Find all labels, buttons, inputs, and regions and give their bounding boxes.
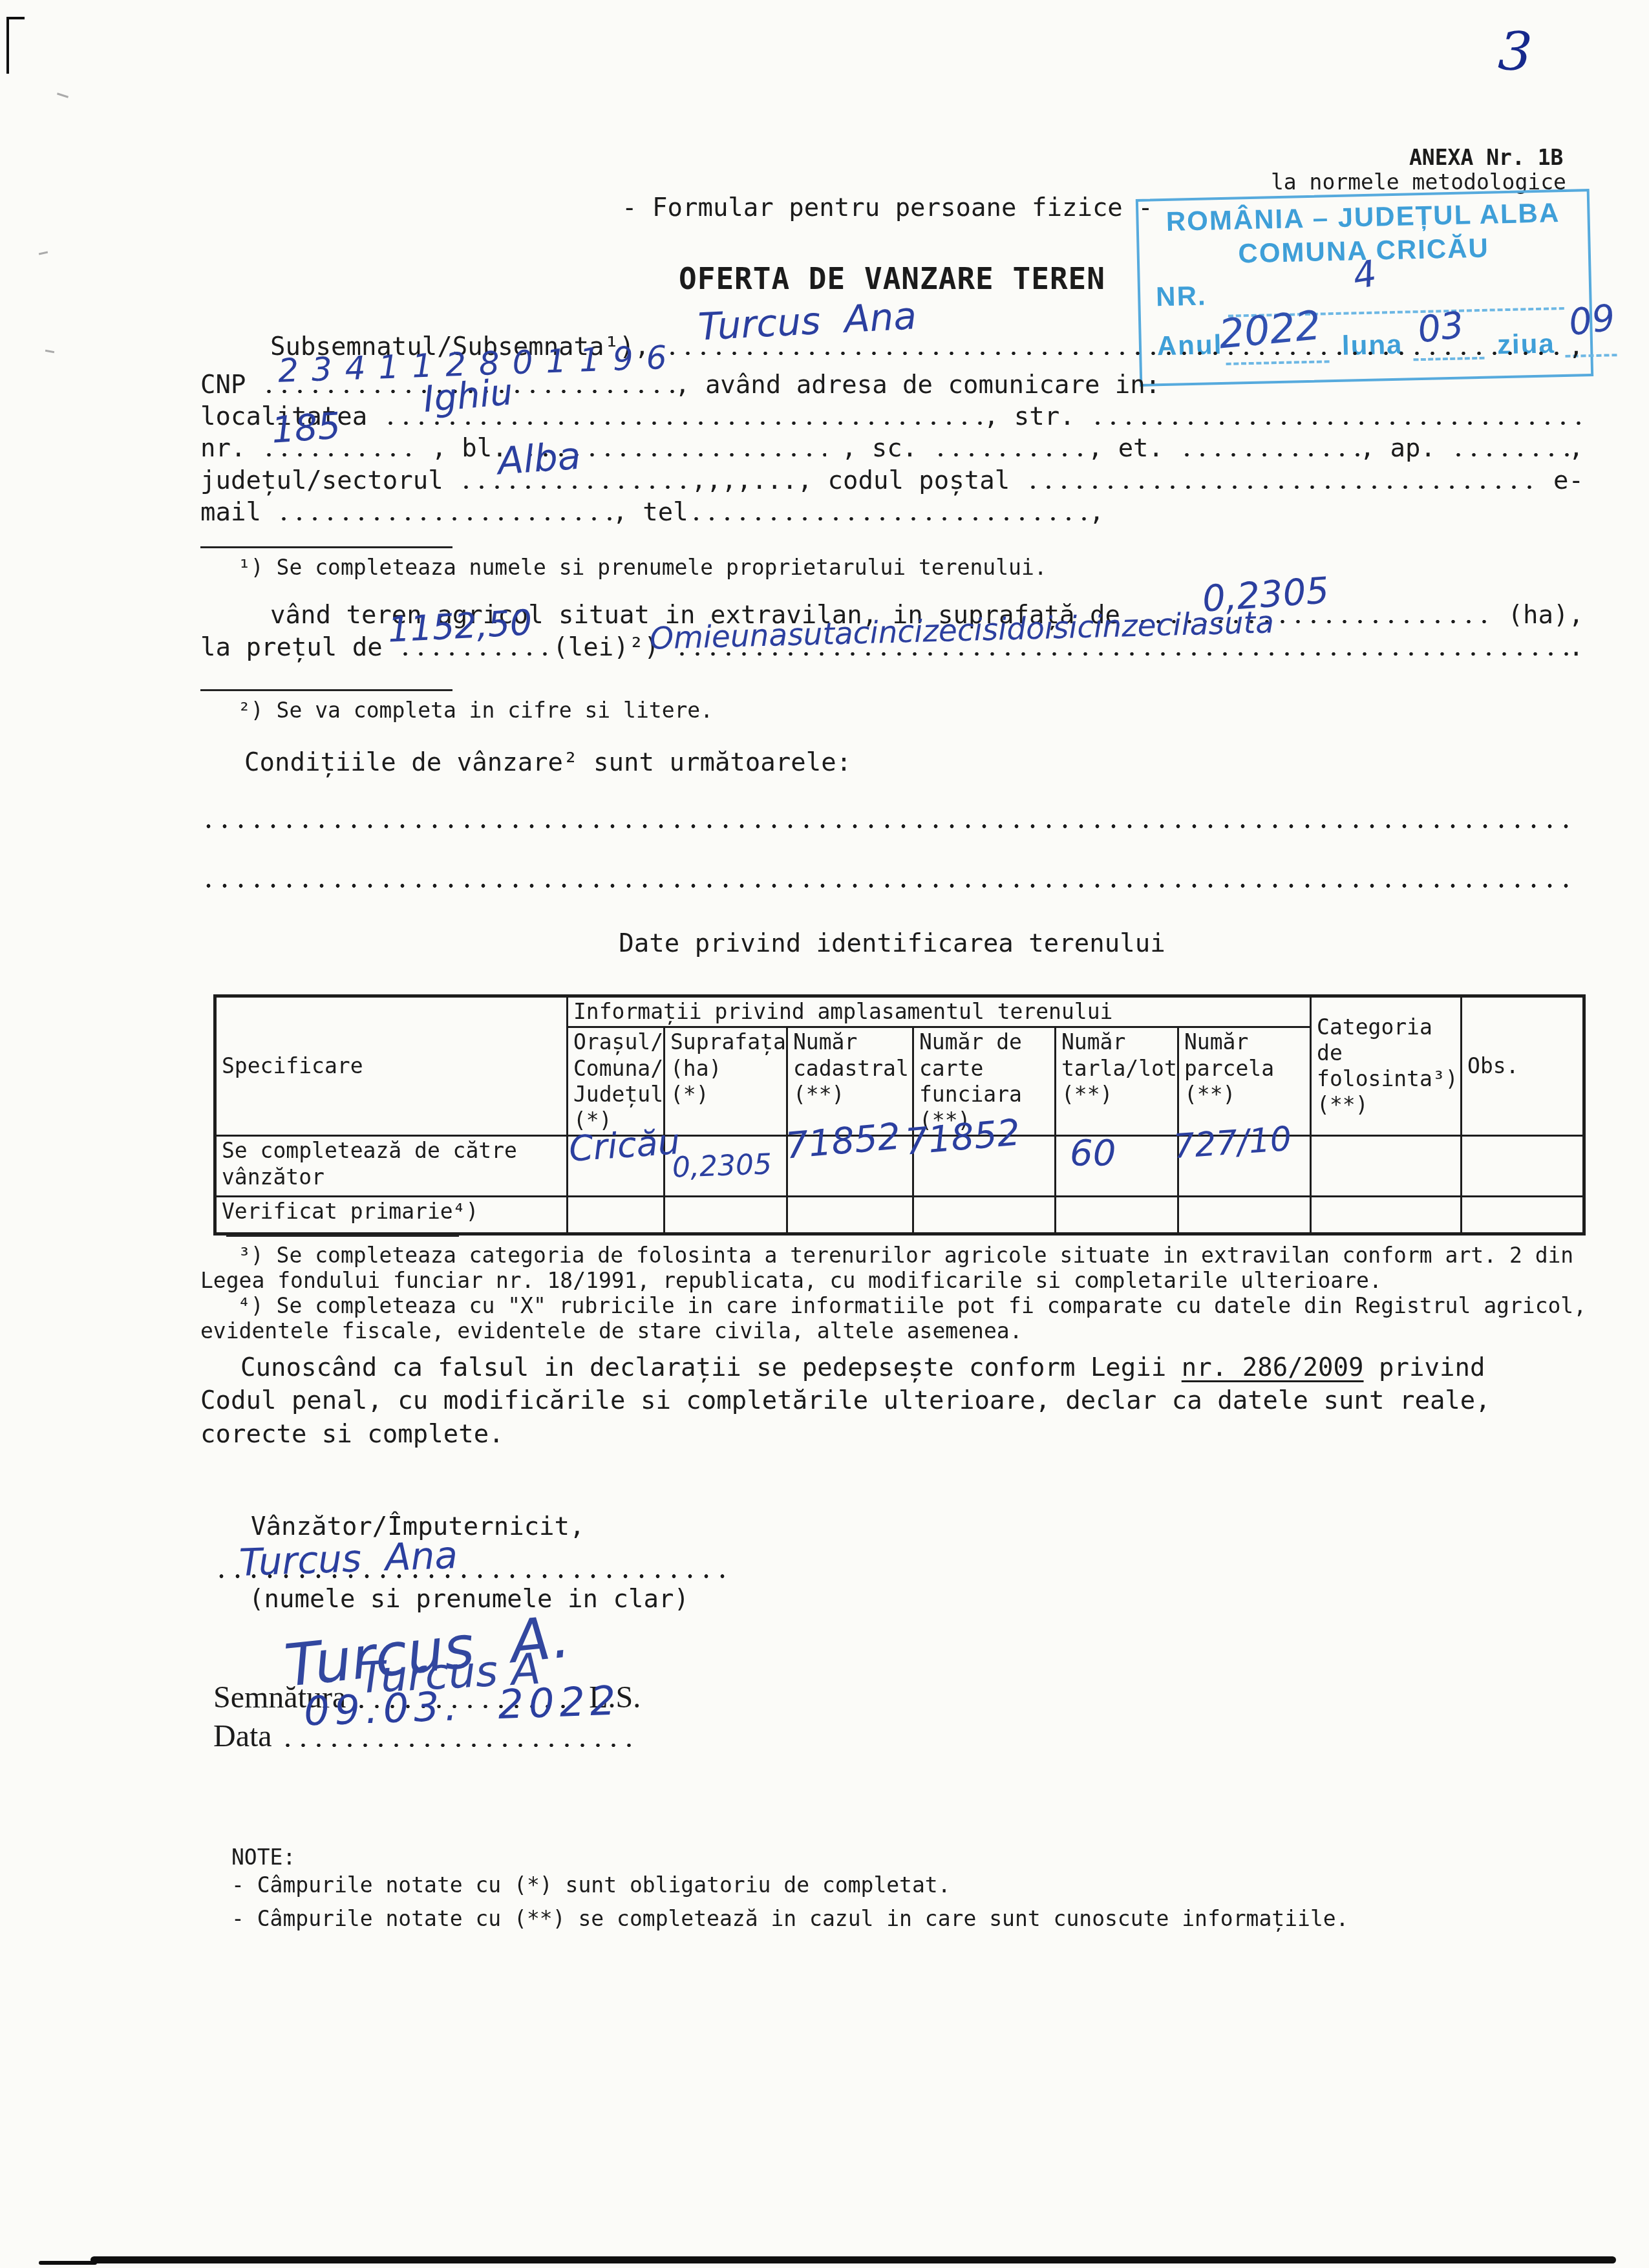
scan-artifact	[45, 350, 54, 353]
cell-empty	[1178, 1197, 1311, 1234]
cell-empty	[787, 1197, 913, 1234]
data-label: Data	[213, 1720, 280, 1754]
footnote-rule-2	[200, 689, 452, 691]
cnp-label: CNP	[200, 371, 261, 400]
ap-label: , ap.	[1360, 434, 1451, 464]
cell-empty	[1311, 1197, 1462, 1234]
conditions-label: Condițiile de vânzare² sunt următoarele:	[244, 749, 851, 778]
scanned-document-page: 3 ANEXA Nr. 1B la normele metodologice -…	[0, 0, 1649, 2268]
cell-empty	[1056, 1197, 1178, 1234]
str-dotted-field	[1090, 420, 1584, 427]
conditions-dotted-line-1	[200, 822, 1571, 830]
anexa-label: ANEXA Nr. 1B	[1409, 145, 1563, 171]
mail-label: mail	[200, 498, 276, 528]
form-title: OFERTA DE VANZARE TEREN	[679, 261, 1105, 296]
footnote-4-line2: evidentele fiscale, evidentele de stare …	[200, 1318, 1023, 1344]
line-judet: județul/sectorul ,,,,..., codul poștal e…	[200, 467, 1584, 496]
table-value-carte-funciara: 71852	[904, 1115, 1021, 1161]
table-value-cadastral: 71852	[784, 1118, 902, 1164]
codul-postal-label: ,,,,..., codul poștal	[691, 467, 1025, 496]
pret-label: la prețul de	[200, 634, 398, 663]
scan-artifact	[57, 92, 69, 98]
nr-label: nr.	[200, 434, 261, 464]
footnote-4-line1: ⁴) Se completeaza cu "X" rubricile in ca…	[238, 1293, 1586, 1319]
cell-empty	[913, 1197, 1056, 1234]
et-label: , et.	[1088, 434, 1179, 464]
line-pret-end: .	[1569, 634, 1584, 663]
line4-end-comma: ,	[1569, 434, 1584, 464]
cell-empty	[665, 1197, 787, 1234]
declaration-part1: Cunoscând ca falsul in declarații se ped…	[240, 1353, 1182, 1382]
footnote-rule-1	[200, 546, 452, 548]
nr-dotted-field	[261, 451, 416, 458]
scan-artifact	[39, 251, 48, 255]
ha-label: (ha),	[1493, 601, 1584, 630]
name-dotted-field	[665, 350, 1568, 357]
col-header-suprafata: Suprafața (ha) (*)	[665, 1027, 787, 1136]
land-identification-table: Specificare Informații privind amplasame…	[213, 994, 1586, 1236]
row-label-verificat: Verificat primarie⁴)	[215, 1197, 568, 1234]
sc-dotted-field	[933, 451, 1088, 458]
scan-corner-mark-horizontal	[6, 17, 25, 19]
declaration-law-reference: nr. 286/2009	[1182, 1353, 1364, 1382]
table-value-orasul: Cricău	[568, 1124, 681, 1167]
footnote-3-line1: ³) Se completeaza categoria de folosinta…	[238, 1243, 1573, 1268]
codul-postal-dotted-field	[1025, 484, 1538, 491]
judet-dotted-field	[458, 484, 691, 491]
footnote-3-line2: Legea fondului funciar nr. 18/1991, repu…	[200, 1268, 1382, 1294]
email-prefix-label: e-	[1538, 467, 1584, 496]
line-mail-tel: mail , tel,	[200, 498, 1104, 528]
cnp-rest-label: , având adresa de comunicare in:	[675, 371, 1160, 400]
name-handwritten-value: Turcus Ana	[697, 297, 917, 346]
judet-label: județul/sectorul	[200, 467, 458, 496]
localitatea-handwritten-value: Ighiu	[422, 374, 515, 418]
mail-dotted-field	[276, 515, 612, 522]
scan-bottom-edge-2	[39, 2261, 97, 2265]
col-header-specificare: Specificare	[215, 996, 568, 1136]
seller-name-handwritten: Turcus Ana	[239, 1536, 458, 1581]
table-value-tarla: 60	[1070, 1135, 1116, 1171]
judet-handwritten-value: Alba	[496, 437, 582, 480]
cell-categoria	[1311, 1136, 1462, 1197]
declaration-paragraph: Cunoscând ca falsul in declarații se ped…	[200, 1351, 1532, 1451]
tel-dotted-field	[688, 515, 1089, 522]
row-label-vanzator: Se completează de către vânzător	[215, 1136, 568, 1197]
stamp-nr-label: NR.	[1156, 281, 1207, 313]
data-handwritten: 09.03. 2022	[303, 1680, 621, 1731]
col-header-orasul: Orașul/ Comuna/ Județul (*)	[568, 1027, 665, 1136]
footnote-2: ²) Se va completa in cifre si litere.	[238, 698, 713, 723]
col-header-tarla: Număr tarla/lot (**)	[1056, 1027, 1178, 1136]
scan-corner-mark-vertical	[6, 17, 9, 74]
tel-label: , tel	[612, 498, 688, 528]
localitatea-dotted-field	[383, 420, 984, 427]
footnote-rule-3	[226, 1235, 459, 1237]
et-dotted-field	[1179, 451, 1360, 458]
nr-handwritten-value: 185	[270, 408, 342, 449]
group-header-amplasament: Informații privind amplasamentul terenul…	[568, 996, 1311, 1027]
conditions-dotted-line-2	[200, 882, 1571, 890]
sc-label: , sc.	[826, 434, 932, 464]
footnote-1: ¹) Se completeaza numele si prenumele pr…	[238, 555, 1047, 581]
table-value-parcela: 727/10	[1172, 1122, 1292, 1164]
notes-title: NOTE:	[231, 1845, 295, 1870]
cell-empty	[1462, 1197, 1584, 1234]
page-number: 3	[1497, 25, 1533, 80]
col-header-parcela: Număr parcela (**)	[1178, 1027, 1311, 1136]
line-localitatea: localitatea , str.	[200, 403, 1584, 432]
line-end-comma: ,	[1569, 333, 1584, 362]
col-header-categoria: Categoria de folosinta³) (**)	[1311, 996, 1462, 1136]
col-header-obs: Obs.	[1462, 996, 1584, 1136]
cell-empty	[568, 1197, 665, 1234]
line-nr-bl-sc-et-ap: nr. , bl. , sc. , et. , ap. ,	[200, 434, 1584, 464]
ap-dotted-field	[1451, 451, 1568, 458]
table-value-suprafata: 0,2305	[672, 1150, 772, 1182]
table-heading: Date privind identificarea terenului	[200, 930, 1584, 959]
form-subtitle: - Formular pentru persoane fizice -	[622, 194, 1153, 223]
cell-obs	[1462, 1136, 1584, 1197]
data-dotted-field	[280, 1742, 642, 1749]
str-label: , str.	[984, 403, 1090, 432]
pret-handwritten-value: 1152,50	[387, 605, 533, 648]
seller-clar-label: (numele si prenumele in clar)	[249, 1585, 689, 1614]
line6-end-comma: ,	[1089, 498, 1104, 528]
pret-dotted-field	[398, 650, 553, 658]
notes-item-2: - Câmpurile notate cu (**) se completeaz…	[231, 1906, 1349, 1932]
notes-item-1: - Câmpurile notate cu (*) sunt obligator…	[231, 1872, 951, 1898]
scan-bottom-edge	[90, 2256, 1616, 2263]
